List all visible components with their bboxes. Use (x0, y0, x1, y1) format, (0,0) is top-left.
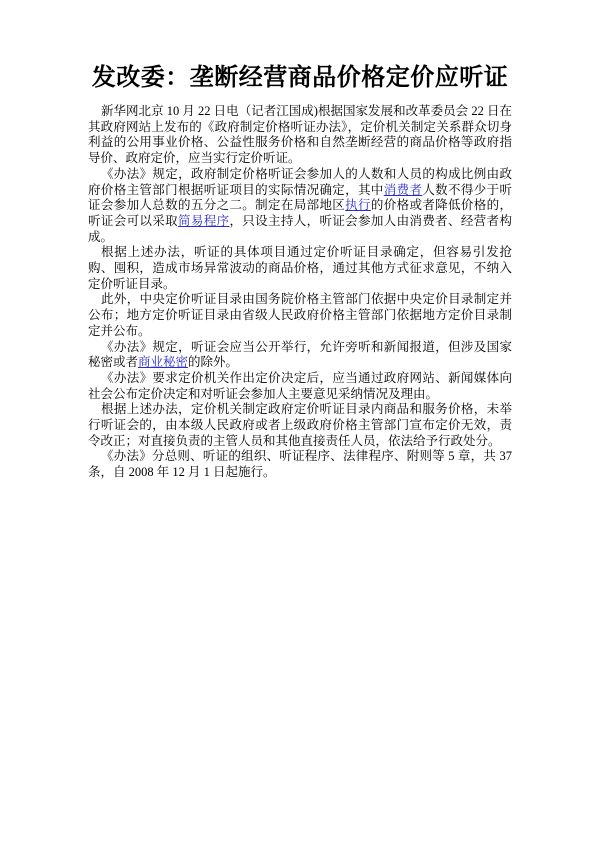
paragraph: 此外，中央定价听证目录由国务院价格主管部门依据中央定价目录制定并公布；地方定价听… (88, 292, 512, 339)
paragraph: 《办法》要求定价机关作出定价决定后，应当通过政府网站、新闻媒体向社会公布定价决定… (88, 371, 512, 402)
paragraph: 新华网北京 10 月 22 日电（记者江国成)根据国家发展和改革委员会 22 日… (88, 104, 512, 167)
text-segment: 新华网北京 10 月 22 日电（记者江国成)根据国家发展和改革委员会 22 日… (88, 104, 512, 165)
text-segment: 此外，中央定价听证目录由国务院价格主管部门依据中央定价目录制定并公布；地方定价听… (88, 292, 512, 337)
paragraph: 《办法》规定，听证会应当公开举行，允许旁听和新闻报道，但涉及国家秘密或者商业秘密… (88, 340, 512, 371)
text-segment: 根据上述办法，听证的具体项目通过定价听证目录确定，但容易引发抢购、囤积，造成市场… (88, 245, 512, 290)
inline-link[interactable]: 消费者 (384, 183, 423, 197)
article-body: 新华网北京 10 月 22 日电（记者江国成)根据国家发展和改革委员会 22 日… (88, 104, 512, 481)
paragraph: 《办法》分总则、听证的组织、听证程序、法律程序、附则等 5 章，共 37 条，自… (88, 449, 512, 480)
inline-link[interactable]: 简易程序 (178, 214, 229, 228)
text-segment: 《办法》分总则、听证的组织、听证程序、法律程序、附则等 5 章，共 37 条，自… (88, 449, 512, 479)
inline-link[interactable]: 执行 (345, 198, 371, 212)
text-segment: 根据上述办法，定价机关制定政府定价听证目录内商品和服务价格，未举行听证会的，由本… (88, 402, 512, 447)
document-page: 发改委：垄断经营商品价格定价应听证 新华网北京 10 月 22 日电（记者江国成… (0, 0, 595, 842)
inline-link[interactable]: 商业秘密 (138, 355, 188, 369)
article-title: 发改委：垄断经营商品价格定价应听证 (88, 62, 512, 94)
paragraph: 《办法》规定，政府制定价格听证会参加人的人数和人员的构成比例由政府价格主管部门根… (88, 167, 512, 246)
paragraph: 根据上述办法，听证的具体项目通过定价听证目录确定，但容易引发抢购、囤积，造成市场… (88, 245, 512, 292)
paragraph: 根据上述办法，定价机关制定政府定价听证目录内商品和服务价格，未举行听证会的，由本… (88, 402, 512, 449)
text-segment: 的除外。 (188, 355, 238, 369)
text-segment: 《办法》要求定价机关作出定价决定后，应当通过政府网站、新闻媒体向社会公布定价决定… (88, 371, 512, 401)
